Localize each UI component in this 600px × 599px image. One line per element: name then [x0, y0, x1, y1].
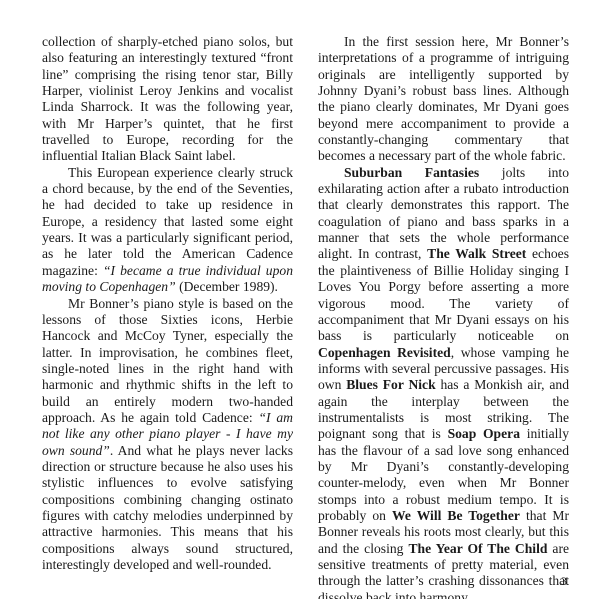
- paragraph: In the first session here, Mr Bonner’s i…: [318, 34, 569, 165]
- track-title: Suburban Fantasies: [344, 165, 479, 180]
- page-number: 3: [561, 574, 567, 589]
- track-title: Soap Opera: [448, 426, 520, 441]
- track-title: Copenhagen Revisited: [318, 345, 451, 360]
- paragraph-text: Mr Bonner’s piano style is based on the …: [42, 296, 293, 425]
- track-title: We Will Be Together: [392, 508, 520, 523]
- paragraph: This European experience clearly struck …: [42, 165, 293, 296]
- track-title: The Walk Street: [427, 246, 526, 261]
- track-title: The Year Of The Child: [408, 541, 547, 556]
- paragraph-text: This European experience clearly struck …: [42, 165, 293, 278]
- left-column: collection of sharply-etched piano solos…: [42, 34, 293, 573]
- right-column: In the first session here, Mr Bonner’s i…: [318, 34, 569, 599]
- paragraph: Suburban Fantasies jolts into exhilarati…: [318, 165, 569, 599]
- paragraph: Mr Bonner’s piano style is based on the …: [42, 296, 293, 574]
- paragraph: collection of sharply-etched piano solos…: [42, 34, 293, 165]
- track-title: Blues For Nick: [346, 377, 435, 392]
- paragraph-text: . And what he plays never lacks directio…: [42, 443, 293, 572]
- paragraph-text: (December 1989).: [176, 279, 278, 294]
